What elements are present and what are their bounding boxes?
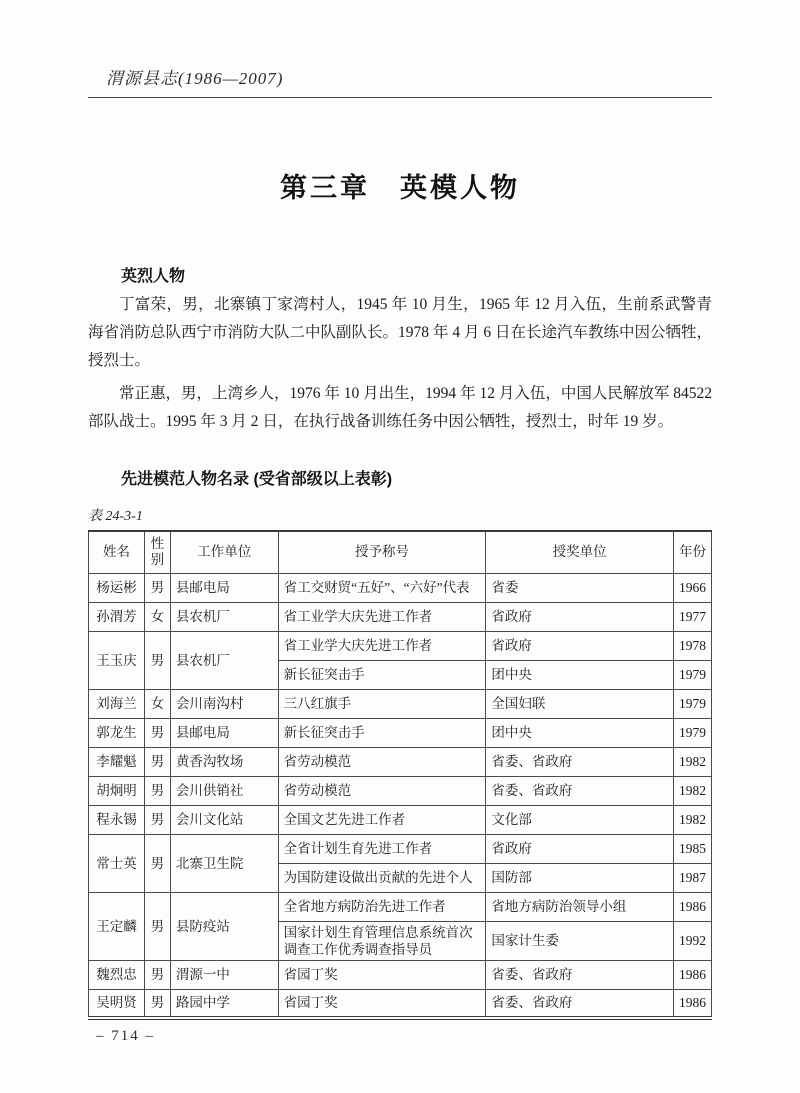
person-name: 李耀魁 (89, 747, 145, 776)
award-title: 全省地方病防治先进工作者 (278, 892, 486, 921)
award-unit: 省委、省政府 (486, 747, 674, 776)
header-title: 授予称号 (278, 531, 486, 573)
award-year: 1986 (673, 989, 711, 1018)
person-sex: 女 (144, 689, 170, 718)
person-unit: 县邮电局 (170, 718, 278, 747)
person-name: 胡炯明 (89, 776, 145, 805)
martyr-paragraph-2: 常正惠，男，上湾乡人，1976 年 10 月出生，1994 年 12 月入伍，中… (88, 380, 712, 436)
award-title: 省工业学大庆先进工作者 (278, 631, 486, 660)
header-unit: 工作单位 (170, 531, 278, 573)
page-number: – 714 – (96, 1028, 155, 1045)
header-sex: 性别 (144, 531, 170, 573)
person-name: 杨运彬 (89, 573, 145, 602)
award-year: 1979 (673, 718, 711, 747)
award-title: 新长征突击手 (278, 660, 486, 689)
person-unit: 会川供销社 (170, 776, 278, 805)
award-title: 新长征突击手 (278, 718, 486, 747)
award-unit: 国家计生委 (486, 921, 674, 960)
award-title: 为国防建设做出贡献的先进个人 (278, 863, 486, 892)
table-row: 王玉庆男县农机厂省工业学大庆先进工作者省政府1978 (89, 631, 712, 660)
chapter-title: 第三章 英模人物 (88, 166, 712, 205)
person-sex: 男 (144, 892, 170, 960)
award-unit: 省政府 (486, 631, 674, 660)
person-unit: 渭源一中 (170, 960, 278, 989)
award-year: 1992 (673, 921, 711, 960)
award-year: 1987 (673, 863, 711, 892)
award-title: 全国文艺先进工作者 (278, 805, 486, 834)
award-year: 1966 (673, 573, 711, 602)
person-sex: 男 (144, 834, 170, 892)
header-name: 姓名 (89, 531, 145, 573)
person-name: 刘海兰 (89, 689, 145, 718)
award-year: 1982 (673, 747, 711, 776)
person-name: 王定麟 (89, 892, 145, 960)
person-unit: 县农机厂 (170, 631, 278, 689)
award-unit: 省政府 (486, 834, 674, 863)
table-caption: 表 24-3-1 (88, 505, 712, 525)
person-sex: 男 (144, 631, 170, 689)
person-unit: 黄香沟牧场 (170, 747, 278, 776)
table-row: 魏烈忠男渭源一中省园丁奖省委、省政府1986 (89, 960, 712, 989)
person-sex: 男 (144, 573, 170, 602)
page-content: 渭源县志(1986—2007) 第三章 英模人物 英烈人物 丁富荣，男，北寨镇丁… (0, 0, 800, 1020)
person-unit: 县防疫站 (170, 892, 278, 960)
award-year: 1985 (673, 834, 711, 863)
person-sex: 男 (144, 805, 170, 834)
award-year: 1986 (673, 892, 711, 921)
table-row: 王定麟男县防疫站全省地方病防治先进工作者省地方病防治领导小组1986 (89, 892, 712, 921)
award-title: 省劳动模范 (278, 747, 486, 776)
section-heading-models: 先进模范人物名录 (受省部级以上表彰) (121, 466, 712, 489)
person-name: 魏烈忠 (89, 960, 145, 989)
award-unit: 省地方病防治领导小组 (486, 892, 674, 921)
award-title: 全省计划生育先进工作者 (278, 834, 486, 863)
award-year: 1979 (673, 660, 711, 689)
header-by: 授奖单位 (486, 531, 674, 573)
person-sex: 男 (144, 960, 170, 989)
person-name: 吴明贤 (89, 989, 145, 1018)
models-table-header: 姓名 性别 工作单位 授予称号 授奖单位 年份 (89, 531, 712, 573)
award-year: 1982 (673, 805, 711, 834)
person-name: 孙渭芳 (89, 602, 145, 631)
award-unit: 文化部 (486, 805, 674, 834)
person-unit: 路园中学 (170, 989, 278, 1018)
running-header: 渭源县志(1986—2007) (88, 64, 712, 98)
martyr-paragraph-1: 丁富荣，男，北寨镇丁家湾村人，1945 年 10 月生，1965 年 12 月入… (88, 291, 712, 375)
person-sex: 男 (144, 718, 170, 747)
person-unit: 北寨卫生院 (170, 834, 278, 892)
award-year: 1982 (673, 776, 711, 805)
person-sex: 男 (144, 989, 170, 1018)
person-unit: 县农机厂 (170, 602, 278, 631)
award-title: 省劳动模范 (278, 776, 486, 805)
table-row: 孙渭芳女县农机厂省工业学大庆先进工作者省政府1977 (89, 602, 712, 631)
scanned-book-page: 渭源县志(1986—2007) 第三章 英模人物 英烈人物 丁富荣，男，北寨镇丁… (0, 0, 800, 1093)
award-year: 1978 (673, 631, 711, 660)
table-row: 刘海兰女会川南沟村三八红旗手全国妇联1979 (89, 689, 712, 718)
award-title: 省园丁奖 (278, 989, 486, 1018)
award-unit: 团中央 (486, 718, 674, 747)
award-year: 1979 (673, 689, 711, 718)
table-row: 吴明贤男路园中学省园丁奖省委、省政府1986 (89, 989, 712, 1018)
award-unit: 省委 (486, 573, 674, 602)
award-title: 省园丁奖 (278, 960, 486, 989)
table-row: 胡炯明男会川供销社省劳动模范省委、省政府1982 (89, 776, 712, 805)
table-row: 常士英男北寨卫生院全省计划生育先进工作者省政府1985 (89, 834, 712, 863)
person-unit: 会川文化站 (170, 805, 278, 834)
award-unit: 省委、省政府 (486, 776, 674, 805)
section-heading-martyrs: 英烈人物 (121, 263, 712, 286)
award-title: 省工业学大庆先进工作者 (278, 602, 486, 631)
award-title: 国家计划生育管理信息系统首次调查工作优秀调查指导员 (278, 921, 486, 960)
award-unit: 省政府 (486, 602, 674, 631)
table-row: 李耀魁男黄香沟牧场省劳动模范省委、省政府1982 (89, 747, 712, 776)
award-title: 省工交财贸“五好”、“六好”代表 (278, 573, 486, 602)
person-unit: 会川南沟村 (170, 689, 278, 718)
models-table-body: 杨运彬男县邮电局省工交财贸“五好”、“六好”代表省委1966孙渭芳女县农机厂省工… (89, 573, 712, 1018)
award-unit: 国防部 (486, 863, 674, 892)
award-unit: 省委、省政府 (486, 960, 674, 989)
person-sex: 男 (144, 776, 170, 805)
table-row: 程永锡男会川文化站全国文艺先进工作者文化部1982 (89, 805, 712, 834)
person-name: 王玉庆 (89, 631, 145, 689)
models-table: 姓名 性别 工作单位 授予称号 授奖单位 年份 杨运彬男县邮电局省工交财贸“五好… (88, 530, 712, 1020)
person-name: 程永锡 (89, 805, 145, 834)
table-row: 郭龙生男县邮电局新长征突击手团中央1979 (89, 718, 712, 747)
award-year: 1977 (673, 602, 711, 631)
person-sex: 男 (144, 747, 170, 776)
header-year: 年份 (673, 531, 711, 573)
award-title: 三八红旗手 (278, 689, 486, 718)
person-name: 郭龙生 (89, 718, 145, 747)
person-name: 常士英 (89, 834, 145, 892)
table-row: 杨运彬男县邮电局省工交财贸“五好”、“六好”代表省委1966 (89, 573, 712, 602)
award-unit: 全国妇联 (486, 689, 674, 718)
header-row: 姓名 性别 工作单位 授予称号 授奖单位 年份 (89, 531, 712, 573)
person-sex: 女 (144, 602, 170, 631)
award-unit: 省委、省政府 (486, 989, 674, 1018)
award-unit: 团中央 (486, 660, 674, 689)
award-year: 1986 (673, 960, 711, 989)
person-unit: 县邮电局 (170, 573, 278, 602)
